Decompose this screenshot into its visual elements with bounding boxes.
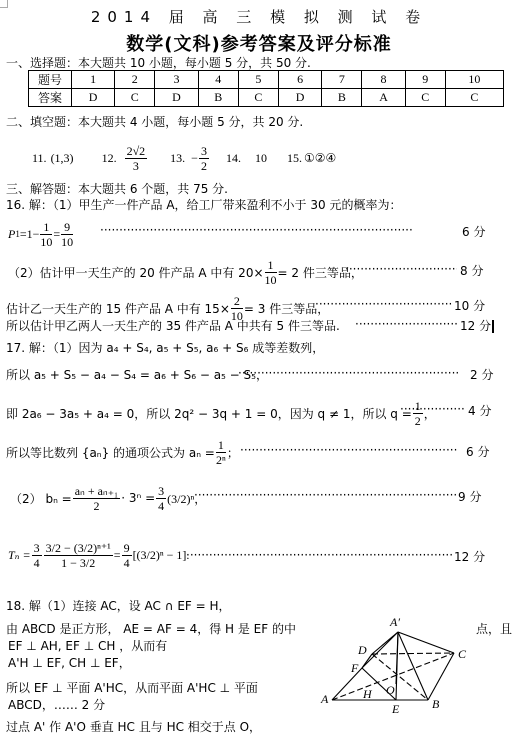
table-cell: 10 <box>445 71 503 89</box>
q18-intro: 18. 解（1）连接 AC，设 AC ∩ EF = H， <box>6 597 231 614</box>
q17-line5: Tₙ = 34 3/2 − (3/2)ⁿ⁺¹1 − 3/2 = 94 [(3/2… <box>8 525 189 585</box>
section2-heading: 二、填空题：本大题共 4 小题，每小题 5 分，共 20 分. <box>6 113 303 130</box>
score-label: 6 分 <box>466 443 489 460</box>
item-label: 12. <box>102 151 117 166</box>
label-H: H <box>362 687 373 701</box>
table-cell: B <box>322 89 362 107</box>
q17-line1: 所以 a₅ + S₅ − a₄ − S₄ = a₆ + S₆ − a₅ − S₅… <box>6 366 268 383</box>
item-label: 11. <box>32 151 47 166</box>
label-O: O <box>386 683 395 697</box>
item-label: 14. <box>226 151 241 166</box>
score-label: 6 分 <box>462 223 485 240</box>
item-label: 13. <box>170 151 185 166</box>
table-cell: A <box>362 89 405 107</box>
table-cell: 4 <box>198 71 238 89</box>
pyramid-figure: A′ D C F O A H B E <box>318 612 478 717</box>
q17-line2: 即 2a₆ − 3a₅ + a₄ = 0，所以 2q² − 3q + 1 = 0… <box>6 396 436 430</box>
fraction: 3 2 <box>199 144 209 173</box>
row-label: 题号 <box>29 71 72 89</box>
table-cell: B <box>198 89 238 107</box>
leader-dots: ······························ <box>345 262 457 276</box>
score-label: 12 分 <box>454 548 485 565</box>
section1-heading: 一、选择题：本大题共 10 小题，每小题 5 分，共 50 分. <box>6 54 311 71</box>
score-label: 4 分 <box>468 402 491 419</box>
leader-dots: ···························· <box>355 317 459 331</box>
q18-line4: 所以 EF ⊥ 平面 A'HC，从而平面 A'HC ⊥ 平面 <box>6 679 258 696</box>
score-label: 12 分 <box>460 317 494 334</box>
q17-line4: （2） bₙ = aₙ + aₙ₊₁2 · 3ⁿ = 34 (3/2)ⁿ， <box>10 481 206 515</box>
fraction: 2√2 3 <box>125 144 148 173</box>
label-A-prime: A′ <box>389 615 400 629</box>
table-cell: 3 <box>155 71 198 89</box>
text-cursor <box>492 320 494 333</box>
leader-dots: ················· <box>400 402 468 416</box>
q18-line3: A'H ⊥ EF, CH ⊥ EF， <box>8 654 131 671</box>
leader-dots: ········································… <box>240 443 466 457</box>
table-cell: 8 <box>362 71 405 89</box>
label-F: F <box>350 661 359 675</box>
score-label: 8 分 <box>460 262 483 279</box>
item-answer: ①②④ <box>304 151 336 165</box>
label-A: A <box>320 692 329 706</box>
q18-line1-tail: 点，且 <box>476 620 512 637</box>
q18-line6: 过点 A' 作 A'O 垂直 HC 且与 HC 相交于点 O， <box>6 718 261 735</box>
q16-intro: 16. 解：（1）甲生产一件产品 A，给工厂带来盈利不小于 30 元的概率为： <box>6 196 401 213</box>
label-C: C <box>458 647 467 661</box>
table-row-numbers: 题号 1 2 3 4 5 6 7 8 9 10 <box>29 71 504 89</box>
table-cell: C <box>405 89 445 107</box>
table-cell: D <box>72 89 115 107</box>
table-row-answers: 答案 D C D B C D B A C C <box>29 89 504 107</box>
exam-title: 2014 届 高 三 模 拟 测 试 卷 <box>0 6 518 27</box>
answer-key-title: 数学(文科)参考答案及评分标准 <box>0 30 518 56</box>
table-cell: 5 <box>238 71 278 89</box>
row-label: 答案 <box>29 89 72 107</box>
leader-dots: ········································… <box>100 223 460 237</box>
leader-dots: ········································… <box>238 366 470 380</box>
item-label: 15. <box>287 151 302 166</box>
q17-intro: 17. 解：（1）因为 a₄ + S₄, a₅ + S₅, a₆ + S₆ 成等… <box>6 339 324 356</box>
table-cell: D <box>279 89 322 107</box>
score-label: 10 分 <box>454 297 485 314</box>
table-cell: 2 <box>115 71 155 89</box>
q16-line2: （2）估计甲一天生产的 20 件产品 A 中有 20× 110 = 2 件三等品… <box>8 254 363 290</box>
answer-table: 题号 1 2 3 4 5 6 7 8 9 10 答案 D C D B C D B… <box>28 70 504 107</box>
leader-dots: ····································· <box>315 297 453 311</box>
table-cell: 1 <box>72 71 115 89</box>
table-cell: 6 <box>279 71 322 89</box>
q16-line1: P1 =1− 110 = 910 <box>8 213 74 255</box>
section3-heading: 三、解答题：本大题共 6 个题，共 75 分. <box>6 180 228 197</box>
fill-blank-answers: 11. (1,3) 12. 2√2 3 13. − 3 2 14. 10 15.… <box>32 140 336 176</box>
table-cell: C <box>115 89 155 107</box>
leader-dots: ········································… <box>186 548 454 562</box>
q17-line3: 所以等比数列 {aₙ} 的通项公式为 aₙ = 12ⁿ ； <box>6 435 239 469</box>
label-E: E <box>391 702 400 716</box>
leader-dots: ········································… <box>194 488 458 502</box>
table-cell: 9 <box>405 71 445 89</box>
item-answer: 10 <box>255 151 267 166</box>
score-label: 9 分 <box>458 488 481 505</box>
q18-line1: 由 ABCD 是正方形， AE = AF = 4，得 H 是 EF 的中 <box>6 620 296 637</box>
table-cell: 7 <box>322 71 362 89</box>
label-B: B <box>432 697 440 711</box>
table-cell: D <box>155 89 198 107</box>
item-answer: (1,3) <box>51 151 74 166</box>
table-cell: C <box>238 89 278 107</box>
q18-line2: EF ⊥ AH, EF ⊥ CH ，从而有 <box>8 637 167 654</box>
label-D: D <box>357 643 367 657</box>
table-cell: C <box>445 89 503 107</box>
q16-line4: 所以估计甲乙两人一天生产的 35 件产品 A 中共有 5 件三等品. <box>6 317 340 334</box>
score-label: 2 分 <box>470 366 493 383</box>
q18-line5: ABCD，…… 2 分 <box>8 696 105 713</box>
